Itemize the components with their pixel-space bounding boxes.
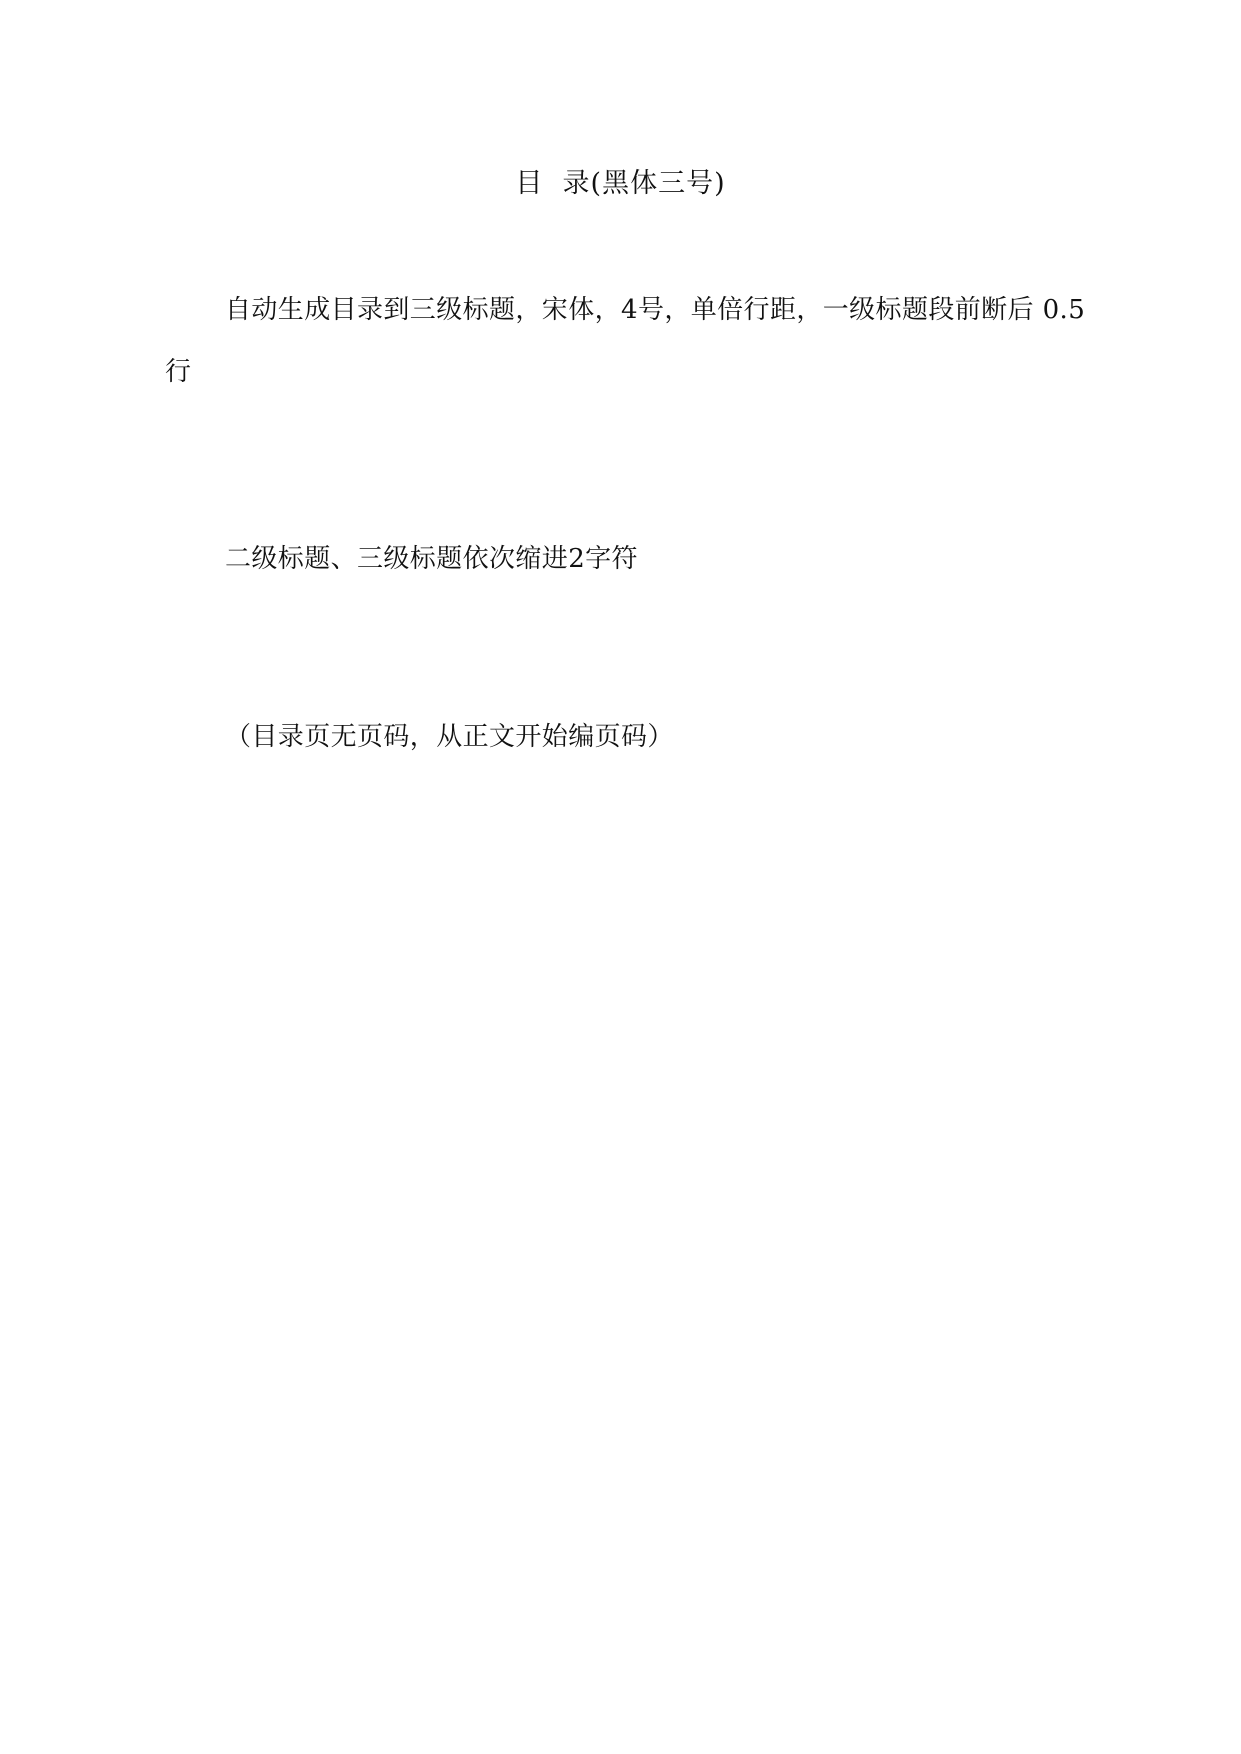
instruction-paragraph-indent: 二级标题、三级标题依次缩进2字符 — [165, 528, 1090, 590]
toc-title: 目 录(黑体三号) — [0, 166, 1241, 202]
instruction-paragraph-toc-format: 自动生成目录到三级标题，宋体，4号，单倍行距，一级标题段前断后 0.5 行 — [165, 279, 1090, 403]
instruction-paragraph-page-number: （目录页无页码，从正文开始编页码） — [165, 706, 1090, 768]
document-page: 目 录(黑体三号) 自动生成目录到三级标题，宋体，4号，单倍行距，一级标题段前断… — [0, 0, 1241, 1754]
